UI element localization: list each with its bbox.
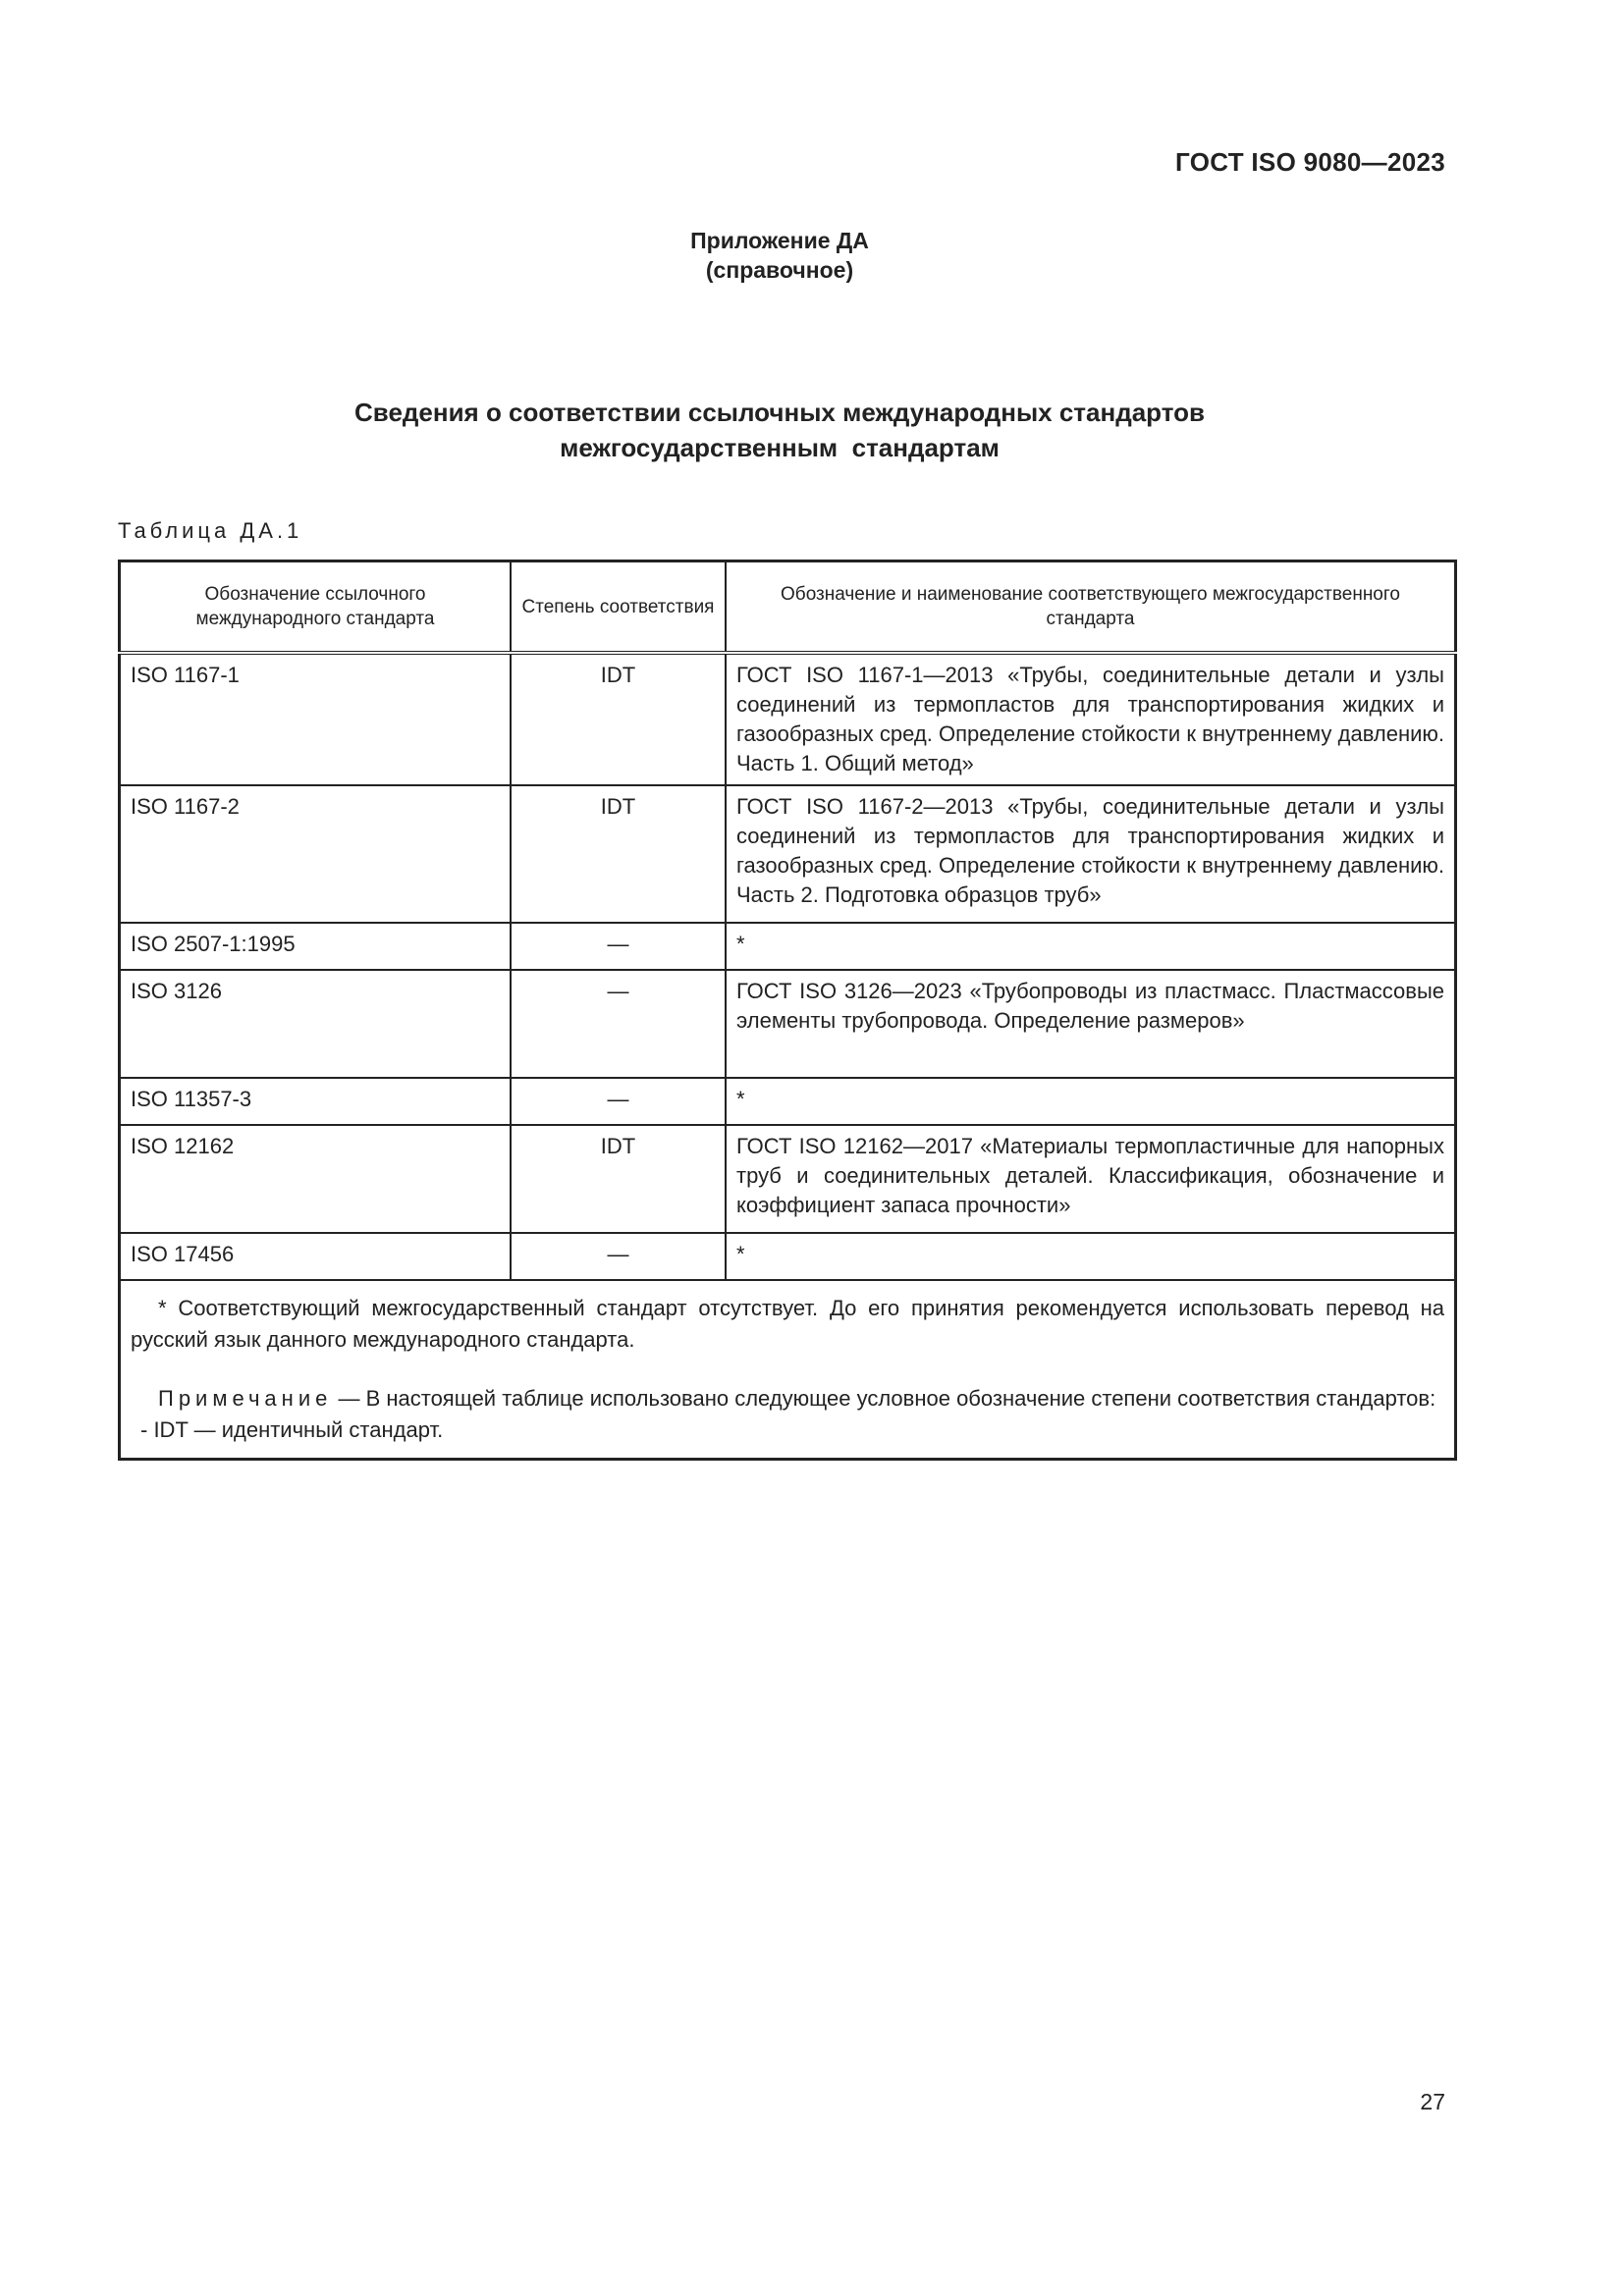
cell-national: ГОСТ ISO 3126—2023 «Трубопроводы из плас…	[726, 970, 1456, 1078]
note-text: — В настоящей таблице использовано следу…	[332, 1386, 1435, 1411]
table-row: ISO 3126 — ГОСТ ISO 3126—2023 «Трубопров…	[120, 970, 1456, 1078]
cell-national: *	[726, 1233, 1456, 1280]
page-number: 27	[1420, 2089, 1445, 2115]
cell-national: ГОСТ ISO 12162—2017 «Материалы термоплас…	[726, 1125, 1456, 1233]
header-national-standard: Обозначение и наименование соответствующ…	[726, 561, 1456, 654]
cell-standard: ISO 12162	[120, 1125, 512, 1233]
cell-standard: ISO 1167-1	[120, 653, 512, 785]
document-code: ГОСТ ISO 9080—2023	[1175, 147, 1445, 178]
cell-standard: ISO 1167-2	[120, 785, 512, 923]
note-list-item: - IDT — идентичный стандарт.	[131, 1415, 1444, 1446]
cell-national: ГОСТ ISO 1167-2—2013 «Трубы, соединитель…	[726, 785, 1456, 923]
table-footnote-cell: * Соответствующий межгосударственный ста…	[120, 1280, 1456, 1460]
section-title: Сведения о соответствии ссылочных междун…	[0, 395, 1559, 465]
cell-degree: —	[511, 1233, 726, 1280]
cell-degree: —	[511, 923, 726, 970]
table-header-row: Обозначение ссылочного международного ст…	[120, 561, 1456, 654]
table-row: ISO 1167-2 IDT ГОСТ ISO 1167-2—2013 «Тру…	[120, 785, 1456, 923]
note-paragraph: Примечание — В настоящей таблице использ…	[131, 1383, 1444, 1415]
appendix-title: Приложение ДА	[0, 226, 1559, 255]
cell-standard: ISO 17456	[120, 1233, 512, 1280]
cell-standard: ISO 3126	[120, 970, 512, 1078]
appendix-subtitle: (справочное)	[0, 255, 1559, 285]
table-row: ISO 12162 IDT ГОСТ ISO 12162—2017 «Матер…	[120, 1125, 1456, 1233]
table-caption: Таблица ДА.1	[118, 518, 302, 544]
section-title-line-1: Сведения о соответствии ссылочных междун…	[0, 395, 1559, 430]
cell-degree: IDT	[511, 653, 726, 785]
cell-national: *	[726, 923, 1456, 970]
cell-standard: ISO 11357-3	[120, 1078, 512, 1125]
cell-national: ГОСТ ISO 1167-1—2013 «Трубы, соединитель…	[726, 653, 1456, 785]
cell-degree: IDT	[511, 1125, 726, 1233]
section-title-line-2: межгосударственным стандартам	[0, 430, 1559, 465]
cell-degree: IDT	[511, 785, 726, 923]
appendix-heading: Приложение ДА (справочное)	[0, 226, 1559, 285]
cell-degree: —	[511, 1078, 726, 1125]
table-row: ISO 2507-1:1995 — *	[120, 923, 1456, 970]
header-international-standard: Обозначение ссылочного международного ст…	[120, 561, 512, 654]
cell-degree: —	[511, 970, 726, 1078]
cell-standard: ISO 2507-1:1995	[120, 923, 512, 970]
standards-correspondence-table: Обозначение ссылочного международного ст…	[118, 560, 1457, 1461]
header-degree: Степень соответствия	[511, 561, 726, 654]
table-row: ISO 11357-3 — *	[120, 1078, 1456, 1125]
cell-national: *	[726, 1078, 1456, 1125]
footnote-text: * Соответствующий межгосударственный ста…	[131, 1293, 1444, 1356]
table-row: ISO 1167-1 IDT ГОСТ ISO 1167-1—2013 «Тру…	[120, 653, 1456, 785]
note-label: Примечание	[158, 1386, 332, 1411]
table-row: ISO 17456 — *	[120, 1233, 1456, 1280]
table-footnote-row: * Соответствующий межгосударственный ста…	[120, 1280, 1456, 1460]
